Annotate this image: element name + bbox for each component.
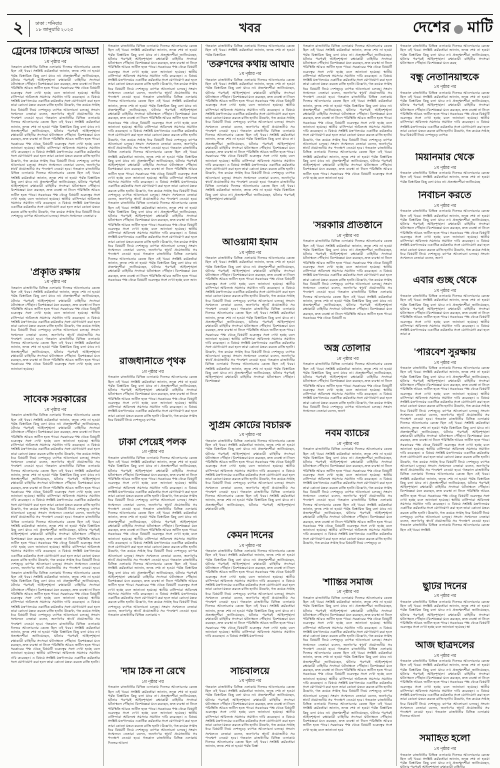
columns-container: ট্রেনের টিকিটের আড্ডা১ম পৃষ্ঠার পরগতকাল … xyxy=(7,44,493,766)
article-body-text: গতকাল রাজধানীর বিভিন্ন এলাকায় দিনভর আলো… xyxy=(400,659,489,731)
article-dateline: ১ম পৃষ্ঠার পর xyxy=(303,441,392,446)
article-continuation-text: গতকাল রাজধানীর বিভিন্ন এলাকায় দিনভর আলো… xyxy=(205,44,294,57)
article-dateline: ১ম পৃষ্ঠার পর xyxy=(205,543,294,548)
article-headline: বন্ধু নেতানিয়াহুকে xyxy=(401,73,488,84)
article-dateline: ১ম পৃষ্ঠার পর xyxy=(11,279,100,284)
article-dateline: ১ম পৃষ্ঠার পর xyxy=(400,203,489,208)
article-headline: সাবেক সরকারের xyxy=(12,395,99,406)
article-dateline: ১ম পৃষ্ঠার পর xyxy=(205,678,294,683)
article-dateline: ১ম পৃষ্ঠার পর xyxy=(205,432,294,437)
article-headline: টাকা পেয়েই পলক xyxy=(109,438,196,449)
header-bottom-rule xyxy=(7,41,493,42)
article-dateline: ১ম পৃষ্ঠার পর xyxy=(303,589,392,594)
article-dateline: ১ম পৃষ্ঠার পর xyxy=(303,356,392,361)
article-headline: রাজধানীতে পৃথক xyxy=(109,357,196,368)
article-dateline: ১ম পৃষ্ঠার পর xyxy=(400,165,489,170)
article-dateline: ১ম পৃষ্ঠার পর xyxy=(11,59,100,64)
article-headline: আওয়ামী ইমাম xyxy=(206,238,293,249)
article-headline: অস্ত্র তোলার xyxy=(304,344,391,355)
article-dateline: ১ম পৃষ্ঠার পর xyxy=(400,360,489,365)
article-headline: এবার গুচ্ছ থেকে xyxy=(401,276,488,287)
article-body-text: গতকাল রাজধানীর বিভিন্ন এলাকায় দিনভর আলো… xyxy=(108,685,197,757)
article-dateline: ১ম পৃষ্ঠার পর xyxy=(400,746,489,751)
article-body-text: গতকাল রাজধানীর বিভিন্ন এলাকায় দিনভর আলো… xyxy=(11,65,100,265)
article-headline: 'সরকারি প্রতিষ্ঠানে xyxy=(304,221,391,232)
article-dateline: ১ম পৃষ্ঠার পর xyxy=(400,288,489,293)
article-body-text: গতকাল রাজধানীর বিভিন্ন এলাকায় দিনভর আলো… xyxy=(11,286,100,392)
article-body-text: গতকাল রাজধানীর বিভিন্ন এলাকায় দিনভর আলো… xyxy=(400,209,489,273)
news-column-2: গতকাল রাজধানীর বিভিন্ন এলাকায় দিনভর আলো… xyxy=(103,44,200,766)
article-body-text: গতকাল রাজধানীর বিভিন্ন এলাকায় দিনভর আলো… xyxy=(303,362,392,426)
article-body-text: গতকাল রাজধানীর বিভিন্ন এলাকায় দিনভর আলো… xyxy=(400,91,489,151)
article-body-text: গতকাল রাজধানীর বিভিন্ন এলাকায় দিনভর আলো… xyxy=(108,375,197,435)
article-dateline: ১ম পৃষ্ঠার পর xyxy=(11,407,100,412)
article-headline: আজ ছাত্রদলের xyxy=(401,641,488,652)
article-headline: 'প্রকৃতি রক্ষায় xyxy=(12,268,99,279)
article-body-text: গতকাল রাজধানীর বিভিন্ন এলাকায় দিনভর আলো… xyxy=(303,239,392,341)
article-body-text: গতকাল রাজধানীর বিভিন্ন এলাকায় দিনভর আলো… xyxy=(108,456,197,664)
article-continuation-text: গতকাল রাজধানীর বিভিন্ন এলাকায় দিনভর আলো… xyxy=(303,44,392,218)
article-dateline: ১ম পৃষ্ঠার পর xyxy=(303,233,392,238)
article-body-text: গতকাল রাজধানীর বিভিন্ন এলাকায় দিনভর আলো… xyxy=(400,753,489,768)
article-headline: ট্রেনের টিকিটের আড্ডা xyxy=(12,47,99,58)
article-dateline: ১ম পৃষ্ঠার পর xyxy=(205,71,294,76)
newspaper-page: ২ ঢাকা : শনিবার ১৮ জানুয়ারি ২০২৫ দেশের … xyxy=(0,0,500,768)
article-body-text: গতকাল রাজধানীর বিভিন্ন এলাকায় দিনভর আলো… xyxy=(205,256,294,418)
news-column-4: গতকাল রাজধানীর বিভিন্ন এলাকায় দিনভর আলো… xyxy=(298,44,395,766)
article-headline: সচিবালয়ে xyxy=(206,667,293,678)
article-dateline: ১ম পৃষ্ঠার পর xyxy=(108,679,197,684)
news-column-5: গতকাল রাজধানীর বিভিন্ন এলাকায় দিনভর আলো… xyxy=(396,44,493,766)
article-headline: নির্বাচন করতে xyxy=(401,191,488,202)
article-dateline: ১ম পৃষ্ঠার পর xyxy=(400,593,489,598)
article-body-text: গতকাল রাজধানীর বিভিন্ন এলাকায় দিনভর আলো… xyxy=(400,294,489,345)
article-headline: 'দাম ঠিক না রেখে xyxy=(109,667,196,678)
article-headline: সুপ্রিম কোর্টের বিচারক xyxy=(206,421,293,432)
article-headline: 'শান্তির সমাজ xyxy=(304,578,391,589)
article-body-text: গতকাল রাজধানীর বিভিন্ন এলাকায় দিনভর আলো… xyxy=(303,596,392,768)
article-headline: ছুটির দিনের xyxy=(401,582,488,593)
article-dateline: ১ম পৃষ্ঠার পর xyxy=(108,369,197,374)
article-body-text: গতকাল রাজধানীর বিভিন্ন এলাকায় দিনভর আলো… xyxy=(205,78,294,235)
article-body-text: গতকাল রাজধানীর বিভিন্ন এলাকায় দিনভর আলো… xyxy=(205,439,294,528)
section-title: খবর xyxy=(0,20,500,40)
article-dateline: ১ম পৃষ্ঠার পর xyxy=(400,84,489,89)
news-column-3: গতকাল রাজধানীর বিভিন্ন এলাকায় দিনভর আলো… xyxy=(201,44,298,766)
article-dateline: ১ম পৃষ্ঠার পর xyxy=(205,250,294,255)
news-column-1: ট্রেনের টিকিটের আড্ডা১ম পৃষ্ঠার পরগতকাল … xyxy=(7,44,103,766)
article-headline: কেমন দিনের xyxy=(206,531,293,542)
article-continuation-text: গতকাল রাজধানীর বিভিন্ন এলাকায় দিনভর আলো… xyxy=(400,44,489,70)
article-body-text: গতকাল রাজধানীর বিভিন্ন এলাকায় দিনভর আলো… xyxy=(205,549,294,664)
article-body-text: গতকাল রাজধানীর বিভিন্ন এলাকায় দিনভর আলো… xyxy=(303,447,392,575)
article-body-text: গতকাল রাজধানীর বিভিন্ন এলাকায় দিনভর আলো… xyxy=(400,366,489,579)
article-dateline: ১ম পৃষ্ঠার পর xyxy=(400,653,489,658)
article-headline: নবম ব্যাচের xyxy=(304,429,391,440)
article-headline: মিয়ানমার থেকে xyxy=(401,153,488,164)
article-headline: 'পরিবেশ সুরক্ষায় xyxy=(401,348,488,359)
article-body-text: গতকাল রাজধানীর বিভিন্ন এলাকায় দিনভর আলো… xyxy=(11,413,100,740)
article-headline: সমাহিত হলো xyxy=(401,734,488,745)
article-body-text: গতকাল রাজধানীর বিভিন্ন এলাকায় দিনভর আলো… xyxy=(205,685,294,766)
article-body-text: গতকাল রাজধানীর বিভিন্ন এলাকায় দিনভর আলো… xyxy=(400,171,489,188)
article-dateline: ১ম পৃষ্ঠার পর xyxy=(108,449,197,454)
article-headline: 'তরুণদের কথায় আঘাত xyxy=(206,60,293,71)
article-body-text: গতকাল রাজধানীর বিভিন্ন এলাকায় দিনভর আলো… xyxy=(400,600,489,638)
article-continuation-text: গতকাল রাজধানীর বিভিন্ন এলাকায় দিনভর আলো… xyxy=(108,44,197,354)
